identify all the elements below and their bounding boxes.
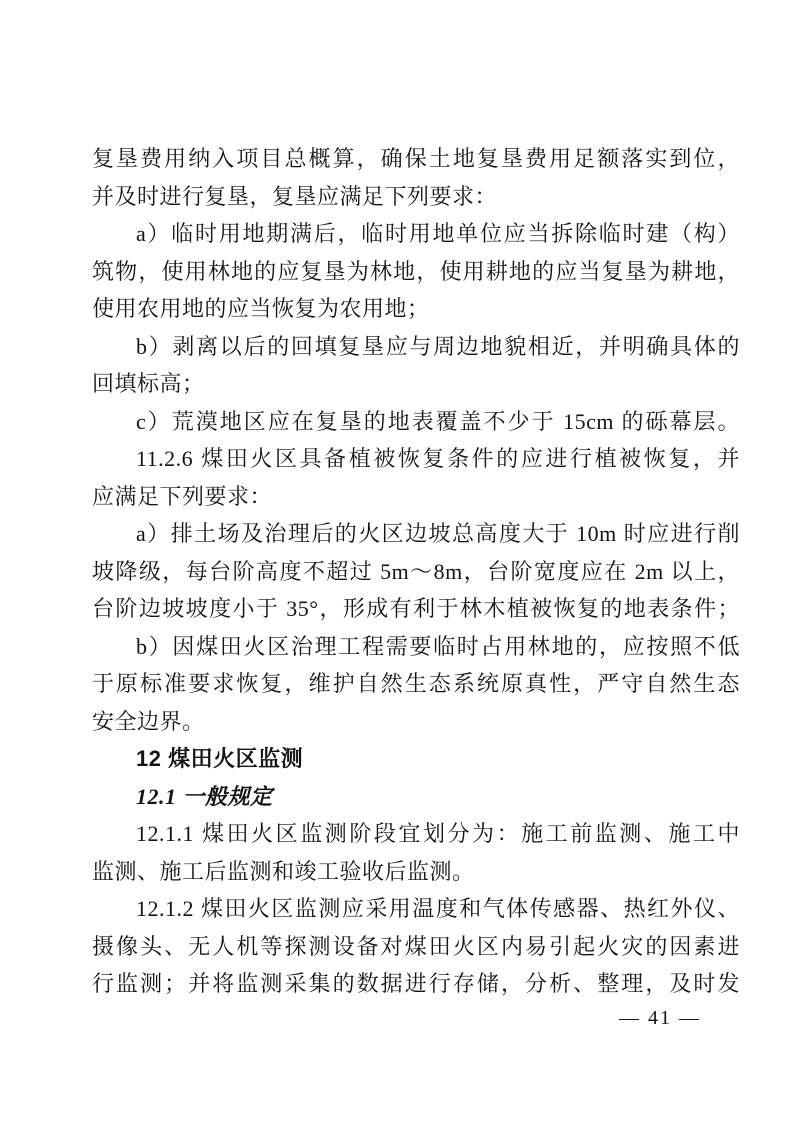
subsection-heading: 12.1 一般规定 — [92, 778, 740, 816]
text-line: 于原标准要求恢复，维护自然生态系统原真性，严守自然生态 — [92, 665, 740, 703]
text-line: 安全边界。 — [92, 703, 740, 741]
page-number: — 41 — — [619, 1007, 701, 1030]
text-line: 坡降级，每台阶高度不超过 5m～8m，台阶宽度应在 2m 以上， — [92, 553, 740, 591]
text-line: 摄像头、无人机等探测设备对煤田火区内易引起火灾的因素进 — [92, 928, 740, 966]
clause-11-2-6: 11.2.6 煤田火区具备植被恢复条件的应进行植被恢复，并 — [92, 440, 740, 478]
text-line: 回填标高； — [92, 365, 740, 403]
list-item-a: a）排土场及治理后的火区边坡总高度大于 10m 时应进行削 — [92, 515, 740, 553]
clause-12-1-1: 12.1.1 煤田火区监测阶段宜划分为：施工前监测、施工中 — [92, 815, 740, 853]
text-line: 使用农用地的应当恢复为农用地； — [92, 290, 740, 328]
list-item-b: b）剥离以后的回填复垦应与周边地貌相近，并明确具体的 — [92, 328, 740, 366]
text-line: 台阶边坡坡度小于 35°，形成有利于林木植被恢复的地表条件； — [92, 590, 740, 628]
clause-12-1-2: 12.1.2 煤田火区监测应采用温度和气体传感器、热红外仪、 — [92, 890, 740, 928]
list-item-c: c）荒漠地区应在复垦的地表覆盖不少于 15cm 的砾幕层。 — [92, 403, 740, 441]
text-line: 行监测；并将监测采集的数据进行存储，分析、整理，及时发 — [92, 965, 740, 1003]
text-line: 筑物，使用林地的应复垦为林地，使用耕地的应当复垦为耕地， — [92, 253, 740, 291]
list-item-b: b）因煤田火区治理工程需要临时占用林地的，应按照不低 — [92, 628, 740, 666]
section-heading: 12 煤田火区监测 — [92, 740, 740, 778]
document-page: 复垦费用纳入项目总概算，确保土地复垦费用足额落实到位， 并及时进行复垦，复垦应满… — [0, 0, 793, 1122]
text-block: 复垦费用纳入项目总概算，确保土地复垦费用足额落实到位， 并及时进行复垦，复垦应满… — [92, 140, 740, 1003]
text-line: 并及时进行复垦，复垦应满足下列要求： — [92, 178, 740, 216]
text-line: 复垦费用纳入项目总概算，确保土地复垦费用足额落实到位， — [92, 140, 740, 178]
text-line: 应满足下列要求： — [92, 478, 740, 516]
text-line: 监测、施工后监测和竣工验收后监测。 — [92, 853, 740, 891]
list-item-a: a）临时用地期满后，临时用地单位应当拆除临时建（构） — [92, 215, 740, 253]
